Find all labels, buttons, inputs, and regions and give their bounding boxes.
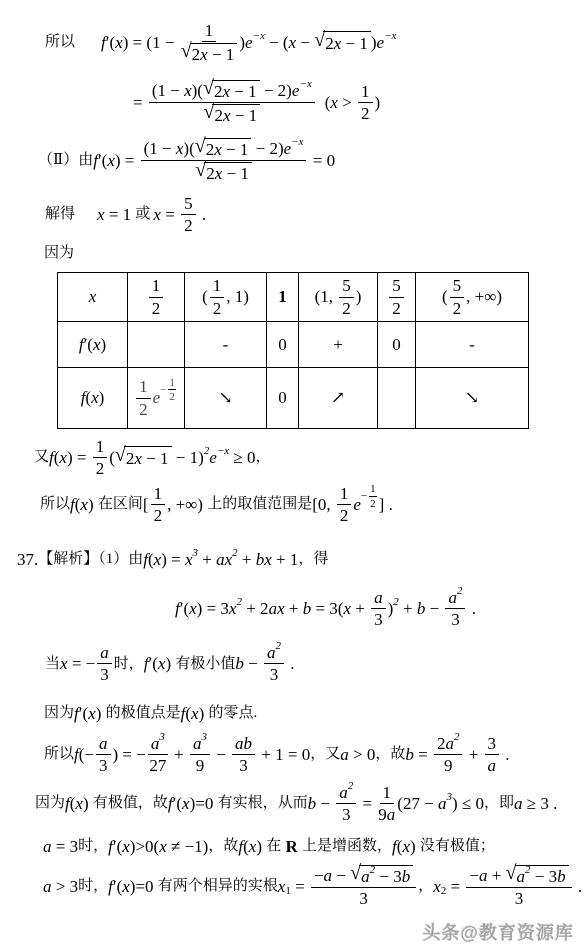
spacer <box>75 214 97 215</box>
math-variable: x <box>91 388 99 408</box>
table-cell-content: (12, 1) <box>185 276 266 317</box>
fraction-denominator: 9a <box>378 804 395 824</box>
table-row: f(x)12e−12↘0↗↘ <box>58 368 529 429</box>
superscript: 2 <box>348 781 354 792</box>
fraction-numerator: −a + √a2 − 3b <box>466 865 571 888</box>
fraction-numerator: 1 <box>358 82 373 103</box>
math-roman: = <box>414 744 432 765</box>
table-cell-content: - <box>416 335 528 355</box>
table-cell-content: 12e−12 <box>128 377 184 418</box>
fraction-numerator: 5 <box>389 276 404 297</box>
text-cjk: ，即 <box>484 794 514 813</box>
superscript: 3 <box>193 548 199 559</box>
math-roman: = <box>133 92 147 113</box>
math-roman: − 3 <box>531 867 558 886</box>
math-roman: 5 <box>392 276 401 295</box>
math-variable: x <box>200 45 208 64</box>
table-cell-content: ↘ <box>416 388 528 408</box>
fraction-numerator: 1 <box>93 437 108 458</box>
table-cell-content: ↗ <box>299 388 377 408</box>
text-cjk: ，故 <box>375 745 405 764</box>
text-cjk: 时， <box>78 837 108 856</box>
math-variable: a <box>43 876 52 897</box>
math-roman: − <box>332 866 350 885</box>
math-variable: b <box>308 793 317 814</box>
math-roman: 0 <box>392 335 401 355</box>
math-roman: 37. <box>17 549 38 570</box>
math-variable: bx <box>256 549 272 570</box>
math-roman: , +∞) <box>167 494 207 515</box>
math-roman: + <box>351 598 369 619</box>
math-roman: ) <box>410 836 420 857</box>
math-roman: > <box>338 92 356 113</box>
math-roman: ) = <box>115 150 139 171</box>
text-cjk: 因为 <box>44 244 74 263</box>
math-roman: 3 <box>100 665 109 684</box>
fraction-denominator: √2x − 1 <box>181 42 238 64</box>
math-roman: 2 <box>152 299 161 318</box>
math-roman: 3 <box>374 610 383 629</box>
fraction-numerator: 2a2 <box>434 734 463 755</box>
math-roman: 2 <box>340 506 349 525</box>
fraction: 12 <box>151 484 166 525</box>
fraction-denominator: 3 <box>359 888 368 908</box>
fraction-numerator: ab <box>232 734 255 755</box>
table-cell <box>378 368 416 429</box>
math-roman: − <box>160 385 166 396</box>
math-roman: 1 <box>370 483 376 495</box>
fraction: 52 <box>389 276 404 317</box>
math-variable: ax <box>269 598 285 619</box>
math-roman: ′( <box>173 793 182 814</box>
fraction-denominator: 2 <box>342 298 351 318</box>
line-a-equals-3: a = 3时，f′(x)>0(x ≠ −1)，故f(x) 在 R 上是增函数，f… <box>43 836 584 857</box>
math-roman: 2 <box>213 299 222 318</box>
fraction-denominator: 2 <box>169 390 175 403</box>
math-roman: , +∞) <box>466 287 502 307</box>
square-root: √2x − 1 <box>195 138 252 159</box>
radicand: 2x − 1 <box>212 80 260 101</box>
table-cell-content: 1 <box>267 287 298 307</box>
math-variable: e <box>284 139 292 158</box>
text-cjk: 当 <box>45 655 60 674</box>
table-cell: x <box>58 273 128 322</box>
math-roman: = 3 <box>52 836 79 857</box>
math-roman: 2 <box>139 400 148 419</box>
math-variable: x <box>278 876 286 897</box>
math-roman: 5 <box>342 276 351 295</box>
superscript: 2 <box>370 865 376 876</box>
fraction: 2a29 <box>434 734 463 775</box>
radicand: a2 − 3b <box>515 865 569 886</box>
math-roman: ( <box>442 287 448 307</box>
math-roman: )=0 <box>130 876 158 897</box>
math-roman: ′( <box>180 598 189 619</box>
spacer <box>75 42 101 43</box>
math-variable: x <box>80 494 88 515</box>
math-roman: ) <box>83 793 93 814</box>
math-variable: a <box>517 867 526 886</box>
fraction-numerator: 1 <box>151 484 166 505</box>
math-variable: x <box>107 150 115 171</box>
math-roman: 2 <box>453 299 462 318</box>
radicand: 2x − 1 <box>204 138 252 159</box>
table-cell-content: ↘ <box>185 388 266 408</box>
fraction: 12 <box>369 483 377 510</box>
superscript: 2 <box>454 732 460 743</box>
math-roman: 2 <box>169 391 175 403</box>
math-roman: 1 <box>340 484 349 503</box>
math-roman: − <box>469 866 479 885</box>
math-variable: x <box>154 549 162 570</box>
math-roman: (− <box>79 744 94 765</box>
table-cell: - <box>185 322 267 368</box>
math-variable: x <box>60 653 68 674</box>
superscript: 2 <box>275 641 281 652</box>
fraction-numerator: 1 <box>380 783 395 804</box>
math-roman: − 1 <box>230 106 257 125</box>
line-zero-point: 因为f′(x) 的极值点是f(x) 的零点. <box>44 703 584 724</box>
line-part2-equation: （Ⅱ）由f′(x) = (1 − x)(√2x − 1 − 2)e−x√2x −… <box>38 138 584 183</box>
superscript: 3 <box>447 792 453 803</box>
fraction-numerator: 5 <box>181 194 196 215</box>
fraction: 12 <box>210 276 225 317</box>
table-cell: f′(x) <box>58 322 128 368</box>
superscript: 2 <box>525 865 531 876</box>
text-cjk: 因为 <box>35 794 65 813</box>
math-variable: a <box>340 744 349 765</box>
table-cell-content: 12 <box>128 276 184 317</box>
fraction-denominator: 3 <box>515 888 524 908</box>
math-roman: − 1 <box>222 140 249 159</box>
subscript: 1 <box>285 886 291 897</box>
superscript: −x <box>299 79 311 90</box>
math-variable: x <box>122 836 130 857</box>
superscript: 2 <box>393 597 399 608</box>
math-roman: )( <box>192 81 203 100</box>
square-root: √2x − 1 <box>181 43 238 64</box>
fraction-numerator: (1 − x)(√2x − 1 − 2)e−x <box>149 80 315 103</box>
fraction-numerator: 1 <box>136 377 151 398</box>
math-roman: . <box>286 653 295 674</box>
text-cjk: 时， <box>78 877 108 896</box>
table-cell-content: (52, +∞) <box>416 276 528 317</box>
superscript: 2 <box>457 586 463 597</box>
math-roman: 0 <box>278 335 287 355</box>
text-cjk: （Ⅱ）由 <box>38 151 93 170</box>
line-a-greater-3: a > 3时，f′(x)=0 有两个相异的实根x1 = −a − √a2 − 3… <box>43 865 584 908</box>
fraction-numerator: a <box>97 643 112 664</box>
math-roman: + <box>170 744 188 765</box>
math-variable: x <box>122 876 130 897</box>
fraction: 52 <box>181 194 196 235</box>
table-cell: 52 <box>378 273 416 322</box>
math-roman: 1 <box>96 437 105 456</box>
math-roman: = 1 <box>105 204 136 225</box>
math-variable: b <box>235 653 244 674</box>
table-cell: 0 <box>267 368 299 429</box>
radicand: 2x − 1 <box>190 43 238 64</box>
fraction: a23 <box>336 783 356 824</box>
math-variable: a <box>267 643 276 662</box>
math-roman: - <box>223 335 229 355</box>
fraction: 19a <box>378 783 395 824</box>
math-roman: ′( <box>106 32 115 53</box>
math-roman: ) <box>96 703 106 724</box>
fraction-denominator: 2 <box>154 505 163 525</box>
math-roman: + <box>464 744 482 765</box>
math-variable: x <box>159 836 167 857</box>
math-variable: a <box>100 643 109 662</box>
fraction: −a + √a2 − 3b3 <box>466 865 571 908</box>
math-variable: x <box>433 876 441 897</box>
math-roman: 2 <box>342 299 351 318</box>
fraction-numerator: 1 <box>210 276 225 297</box>
math-variable: x <box>115 32 123 53</box>
math-variable: x <box>191 703 199 724</box>
math-variable: b <box>405 744 414 765</box>
math-roman: 3 <box>515 889 524 908</box>
math-roman: = <box>291 876 309 897</box>
math-roman: 5 <box>453 276 462 295</box>
math-roman: ) <box>375 92 381 113</box>
text-cjk: ， <box>255 448 270 467</box>
math-roman: 3 <box>270 665 279 684</box>
math-roman: + <box>238 549 256 570</box>
math-roman: ′( <box>79 703 88 724</box>
radicand: 2x − 1 <box>212 104 260 125</box>
fraction: ab3 <box>232 734 255 775</box>
math-variable: e <box>292 81 300 100</box>
table-cell: + <box>299 322 378 368</box>
fraction-denominator: 3 <box>374 609 383 629</box>
math-roman: 2 <box>370 498 376 510</box>
math-roman: ) <box>88 494 98 515</box>
text-cjk: 因为 <box>44 704 74 723</box>
fraction-numerator: 5 <box>450 276 465 297</box>
math-roman: − <box>296 32 314 53</box>
math-roman: (1 − <box>144 139 176 158</box>
math-variable: x <box>222 82 230 101</box>
table-cell: (12, 1) <box>185 273 267 322</box>
math-roman: = 0 <box>308 150 335 171</box>
text-cjk: 或 <box>135 205 150 224</box>
math-roman: ) = <box>161 549 185 570</box>
monotonicity-table: x12(12, 1)1(1, 52)52(52, +∞)f′(x)-0+0-f(… <box>57 272 529 429</box>
text-cjk: 的零点. <box>209 704 258 723</box>
superscript-group: −12 <box>160 377 178 404</box>
text-cjk: ，又 <box>310 745 340 764</box>
text-cjk: 所以 <box>40 495 70 514</box>
subscript: 2 <box>441 886 447 897</box>
math-roman: )>0( <box>130 836 159 857</box>
math-roman: 2 <box>392 299 401 318</box>
math-variable: a <box>479 866 488 885</box>
math-roman: − ( <box>265 32 289 53</box>
math-variable: a <box>387 805 396 824</box>
math-roman: − <box>212 744 230 765</box>
watermark-text: 头条@教育资源库 <box>422 923 574 943</box>
math-roman: 0 <box>278 388 287 408</box>
math-roman: 2 <box>184 216 193 235</box>
math-roman: − 1 <box>222 164 249 183</box>
math-variable: a <box>339 783 348 802</box>
fraction-denominator: √2x − 1 <box>203 103 260 125</box>
math-variable: a <box>445 734 454 753</box>
math-variable: x <box>184 81 192 100</box>
fraction-denominator: 3 <box>100 664 109 684</box>
fraction: a3 <box>371 588 386 629</box>
table-cell-content: - <box>185 335 266 355</box>
fraction-denominator: 2 <box>361 103 370 123</box>
math-roman: (1 − <box>152 81 184 100</box>
text-cjk: 在区间 <box>98 495 143 514</box>
radical-icon: √ <box>181 43 192 60</box>
math-roman: + 1 <box>272 549 299 570</box>
math-roman: = 3( <box>311 598 343 619</box>
fraction: 52 <box>450 276 465 317</box>
math-roman: − <box>314 866 324 885</box>
fraction: a327 <box>148 734 168 775</box>
math-roman: ↗ <box>331 388 345 408</box>
math-roman: − 1 <box>208 45 235 64</box>
math-roman: ) = 3 <box>197 598 229 619</box>
radical-icon: √ <box>506 865 517 882</box>
math-roman: + 1 = 0 <box>257 744 310 765</box>
math-roman: 3 <box>239 756 248 775</box>
math-variable: e <box>153 388 161 408</box>
table-cell-content: f(x) <box>58 388 127 408</box>
math-variable: x <box>153 204 161 225</box>
superscript: −x <box>253 31 265 42</box>
text-cjk: ，故 <box>208 837 238 856</box>
math-roman: 2 <box>192 45 201 64</box>
math-roman: + <box>285 598 303 619</box>
fraction-denominator: 9 <box>196 755 205 775</box>
text-cjk: 的极值点是 <box>106 704 181 723</box>
table-row: f′(x)-0+0- <box>58 322 529 368</box>
math-roman: + <box>198 549 216 570</box>
math-roman: . <box>574 876 583 897</box>
math-roman: 9 <box>444 756 453 775</box>
square-root: √2x − 1 <box>203 80 260 101</box>
radical-icon: √ <box>203 80 214 97</box>
radicand: a2 − 3b <box>359 865 413 886</box>
text-cjk: ，得 <box>298 550 328 569</box>
table-cell: 12e−12 <box>128 368 185 429</box>
fraction-numerator: a2 <box>336 783 356 804</box>
table-cell <box>128 322 185 368</box>
math-roman: 27 <box>149 756 166 775</box>
table-cell-content: 52 <box>378 276 415 317</box>
math-roman: + <box>333 335 343 355</box>
math-roman: ] . <box>379 494 393 515</box>
math-roman: ≠ −1) <box>167 836 209 857</box>
watermark: 头条@教育资源库 <box>422 919 574 945</box>
math-variable: b <box>402 867 411 886</box>
fraction: 52 <box>339 276 354 317</box>
fraction: a3 <box>96 734 111 775</box>
math-roman: ↘ <box>465 388 479 408</box>
table-cell-content: 0 <box>267 335 298 355</box>
fraction-denominator: 3 <box>270 664 279 684</box>
math-variable: x <box>249 836 257 857</box>
math-roman: ) <box>199 703 209 724</box>
math-roman: > 0 <box>349 744 376 765</box>
superscript: 2 <box>236 597 242 608</box>
math-roman: − 1 <box>142 448 169 469</box>
math-roman: 2 <box>361 104 370 123</box>
math-variable: a <box>374 588 383 607</box>
math-roman: − 2) <box>260 81 292 100</box>
math-roman: ) ≤ 0 <box>452 793 484 814</box>
math-roman: 3 <box>451 610 460 629</box>
radical-icon: √ <box>195 162 206 179</box>
math-roman: . <box>198 204 207 225</box>
fraction-numerator: 1 <box>168 377 176 390</box>
line-fprime-simplified: = (1 − x)(√2x − 1 − 2)e−x√2x − 1(x > 12) <box>133 80 584 125</box>
math-roman: 2 <box>437 734 446 753</box>
superscript: 3 <box>159 732 165 743</box>
fraction-denominator: 3 <box>99 755 108 775</box>
math-variable: x <box>229 598 237 619</box>
math-roman: ′( <box>84 335 93 355</box>
math-variable: x <box>223 106 231 125</box>
math-variable: x <box>176 139 184 158</box>
text-cjk: 又 <box>34 448 49 467</box>
fraction-denominator: 27 <box>149 755 166 775</box>
math-roman: ′( <box>149 653 158 674</box>
fraction-denominator: 3 <box>451 609 460 629</box>
line-min-value: 当x = −a3时，f′(x) 有极小值b − a23 . <box>45 643 584 684</box>
math-roman: = <box>446 876 464 897</box>
text-cjk: 所以 <box>44 745 74 764</box>
fraction-denominator: 2 <box>340 505 349 525</box>
table-cell: ↘ <box>416 368 529 429</box>
math-roman: 2 <box>96 459 105 478</box>
text-cjk: 解得 <box>45 205 75 224</box>
fraction-denominator: 2 <box>213 298 222 318</box>
math-variable: x <box>75 793 83 814</box>
fraction-numerator: 1 <box>149 276 164 297</box>
table-cell-content: + <box>299 335 377 355</box>
math-variable: x <box>334 33 342 54</box>
fraction-denominator: 2 <box>96 458 105 478</box>
fraction-numerator: −a − √a2 − 3b <box>311 865 416 888</box>
math-variable: a <box>99 734 108 753</box>
math-roman: ≥ 3 . <box>523 793 558 814</box>
math-roman: + <box>399 598 417 619</box>
math-variable: x <box>59 447 67 468</box>
math-variable: x <box>343 598 351 619</box>
table-cell-content: f′(x) <box>58 335 127 355</box>
line-yinwei: 因为 <box>44 244 584 263</box>
table-cell: 0 <box>267 322 299 368</box>
text-cjk: 上的取值范围是 <box>207 495 312 514</box>
math-roman: + 2 <box>242 598 269 619</box>
square-root: √2x − 1 <box>203 104 260 125</box>
fraction: (1 − x)(√2x − 1 − 2)e−x√2x − 1 <box>141 138 307 183</box>
math-roman: 1 <box>213 276 222 295</box>
table-cell: 12 <box>128 273 185 322</box>
table-cell: - <box>416 322 529 368</box>
fraction-numerator: a <box>371 588 386 609</box>
fraction-denominator: 2 <box>392 298 401 318</box>
math-roman: > 3 <box>52 876 79 897</box>
table-cell: f(x) <box>58 368 128 429</box>
square-root: √2x − 1 <box>195 162 252 183</box>
table-row: x12(12, 1)1(1, 52)52(52, +∞) <box>58 273 529 322</box>
